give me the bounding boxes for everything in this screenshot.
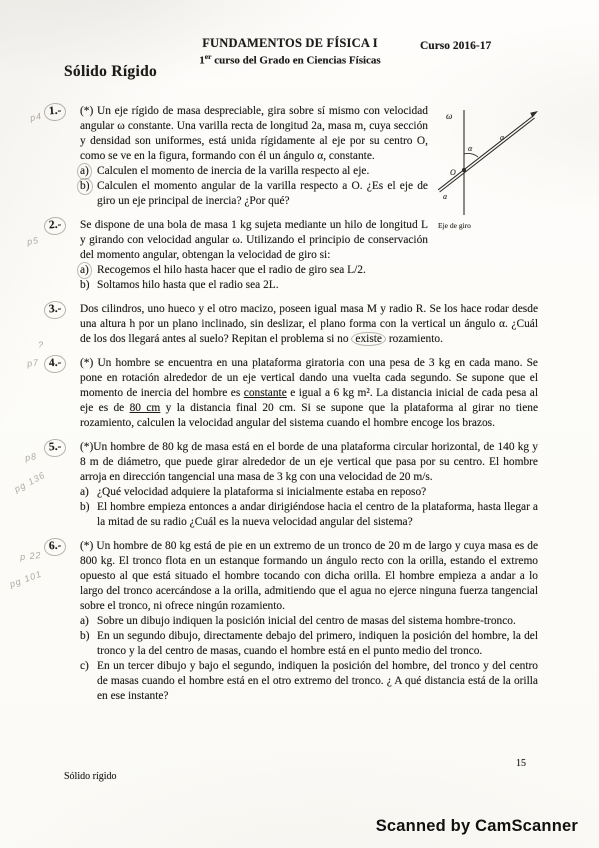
document-header: FUNDAMENTOS DE FÍSICA I 1er curso del Gr… [140,36,440,67]
pencil-note-1: p4 [29,111,43,123]
footer-section-label: Sólido rígido [64,771,117,782]
problem-2: 2.- Se dispone de una bola de masa 1 kg … [46,218,538,293]
problem-4-intro: (*) Un hombre se encuentra en una plataf… [80,356,538,431]
problem-5-item-a: a) ¿Qué velocidad adquiere la plataforma… [80,485,538,500]
problem-list: ω α O a a Eje de giro 1.- (*) Un eje ríg… [46,104,538,713]
problem-5-item-a-text: ¿Qué velocidad adquiere la plataforma si… [97,486,426,498]
problem-3-text-a: Dos cilindros, uno hueco y el otro maciz… [80,303,538,345]
problem-2-item-b: b) Soltamos hilo hasta que el radio sea … [80,278,538,293]
problem-4-underline-2: 80 cm [130,402,161,414]
problem-6-item-c-text: En un tercer dibujo y bajo el segundo, i… [97,660,538,702]
problem-4: 4.- (*) Un hombre se encuentra en una pl… [46,356,538,431]
problem-5-number: 5.- [43,438,67,458]
problem-1-item-a-text: Calculen el momento de inercia de la var… [97,165,369,177]
problem-5-item-a-label: a) [80,485,89,500]
problem-1: 1.- (*) Un eje rígido de masa despreciab… [46,104,538,209]
pencil-note-4: p7 [26,357,39,369]
course-year: Curso 2016-17 [420,40,491,52]
pencil-note-8: pg 101 [8,569,43,590]
problem-6-item-a: a) Sobre un dibujo indiquen la posición … [80,614,538,629]
pencil-note-7: p 22 [20,550,42,562]
problem-2-item-a-text: Recogemos el hilo hasta hacer que el rad… [97,264,366,276]
pencil-note-5: p8 [24,451,38,463]
problem-3: 3.- Dos cilindros, uno hueco y el otro m… [46,302,538,347]
problem-5-item-b: b) El hombre empieza entonces a andar di… [80,500,538,530]
problem-4-number: 4.- [43,354,67,374]
problem-6-item-b-text: En un segundo dibujo, directamente debaj… [97,630,538,657]
problem-6: 6.- (*) Un hombre de 80 kg está de pie e… [46,539,538,704]
problem-3-intro: Dos cilindros, uno hueco y el otro maciz… [80,302,538,347]
problem-1-item-a: a) Calculen el momento de inercia de la … [80,164,538,179]
pencil-note-2: p5 [26,235,40,247]
pencil-note-6: pg 136 [13,470,47,495]
problem-6-intro: (*) Un hombre de 80 kg está de pie en un… [80,539,538,614]
problem-1-number: 1.- [43,102,67,122]
problem-6-item-a-label: a) [80,614,89,629]
problem-5: 5.- (*)Un hombre de 80 kg de masa está e… [46,440,538,530]
camscanner-watermark: Scanned by CamScanner [376,817,578,836]
problem-3-circled-word: existe [351,332,386,346]
problem-4-underline-1: constante [244,387,287,399]
problem-2-item-a: a) Recogemos el hilo hasta hacer que el … [80,263,538,278]
problem-1-item-b-label: b) [77,178,93,195]
problem-6-number: 6.- [43,537,67,557]
subtitle-rest: curso del Grado en Ciencias Físicas [211,55,380,67]
problem-6-item-b: b) En un segundo dibujo, directamente de… [80,629,538,659]
problem-2-item-b-label: b) [80,278,90,293]
problem-3-text-b: rozamiento. [386,333,443,345]
problem-6-item-c-label: c) [80,659,89,674]
problem-2-item-a-label: a) [77,262,92,279]
problem-5-item-b-label: b) [80,500,90,515]
problem-2-intro: Se dispone de una bola de masa 1 kg suje… [80,218,538,263]
problem-2-number: 2.- [43,216,67,236]
problem-1-intro: (*) Un eje rígido de masa despreciable, … [80,104,538,164]
pencil-note-3: ? [38,340,44,350]
problem-5-item-b-text: El hombre empieza entonces a andar dirig… [97,501,538,528]
problem-6-item-a-text: Sobre un dibujo indiquen la posición ini… [97,615,516,627]
page-number: 15 [516,758,526,769]
problem-1-item-b-text: Calculen el momento angular de la varill… [97,180,428,207]
section-title: Sólido Rígido [64,63,157,81]
problem-6-item-c: c) En un tercer dibujo y bajo el segundo… [80,659,538,704]
problem-5-intro: (*)Un hombre de 80 kg de masa está en el… [80,440,538,485]
problem-3-number: 3.- [43,300,67,320]
problem-2-item-b-text: Soltamos hilo hasta que el radio sea 2L. [97,279,279,291]
problem-1-item-b: b) Calculen el momento angular de la var… [80,179,538,209]
course-title: FUNDAMENTOS DE FÍSICA I [140,36,440,51]
problem-6-item-b-label: b) [80,629,90,644]
course-subtitle: 1er curso del Grado en Ciencias Físicas [140,52,440,67]
